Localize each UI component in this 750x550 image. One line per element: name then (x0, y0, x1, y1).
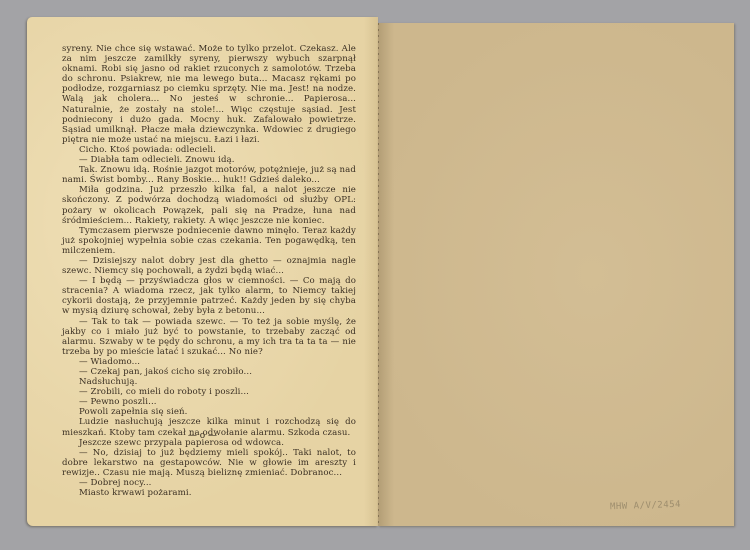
left-page: syreny. Nie chce się wstawać. Może to ty… (27, 17, 378, 526)
paragraph: Cicho. Ktoś powiada: odlecieli. (62, 145, 356, 155)
paragraph: Tak. Znowu idą. Rośnie jazgot motorów, p… (62, 165, 356, 185)
paragraph: — Pewno poszli... (62, 397, 356, 407)
paragraph: syreny. Nie chce się wstawać. Może to ty… (62, 44, 356, 145)
right-page: MHW A/V/2454 (378, 23, 734, 526)
paragraph: — Diabła tam odlecieli. Znowu idą. (62, 155, 356, 165)
paragraph: — Czekaj pan, jakoś cicho się zrobiło... (62, 367, 356, 377)
paragraph: — I będą — przyświadcza głos w ciemności… (62, 276, 356, 316)
paragraph: — Tak to tak — powiada szewc. — To też j… (62, 317, 356, 357)
gutter-stitching (378, 23, 379, 526)
paragraph: Nadsłuchują. (62, 377, 356, 387)
section-separator: — o — (27, 431, 378, 441)
paragraph: Miła godzina. Już przeszło kilka fal, a … (62, 185, 356, 225)
paragraph: Miasto krwawi pożarami. (62, 488, 356, 498)
paragraph: Tymczasem pierwsze podniecenie dawno min… (62, 226, 356, 256)
paragraph: — Dobrej nocy... (62, 478, 356, 488)
archive-stamp: MHW A/V/2454 (610, 500, 681, 512)
paragraph: Powoli zapełnia się sień. (62, 407, 356, 417)
paragraph: — No, dzisiaj to już będziemy mieli spok… (62, 448, 356, 478)
paragraph: — Dzisiejszy nalot dobry jest dla ghetto… (62, 256, 356, 276)
paragraph: — Wiadomo... (62, 357, 356, 367)
paragraph: — Zrobili, co mieli do roboty i poszli..… (62, 387, 356, 397)
book-spread: syreny. Nie chce się wstawać. Może to ty… (0, 0, 750, 550)
